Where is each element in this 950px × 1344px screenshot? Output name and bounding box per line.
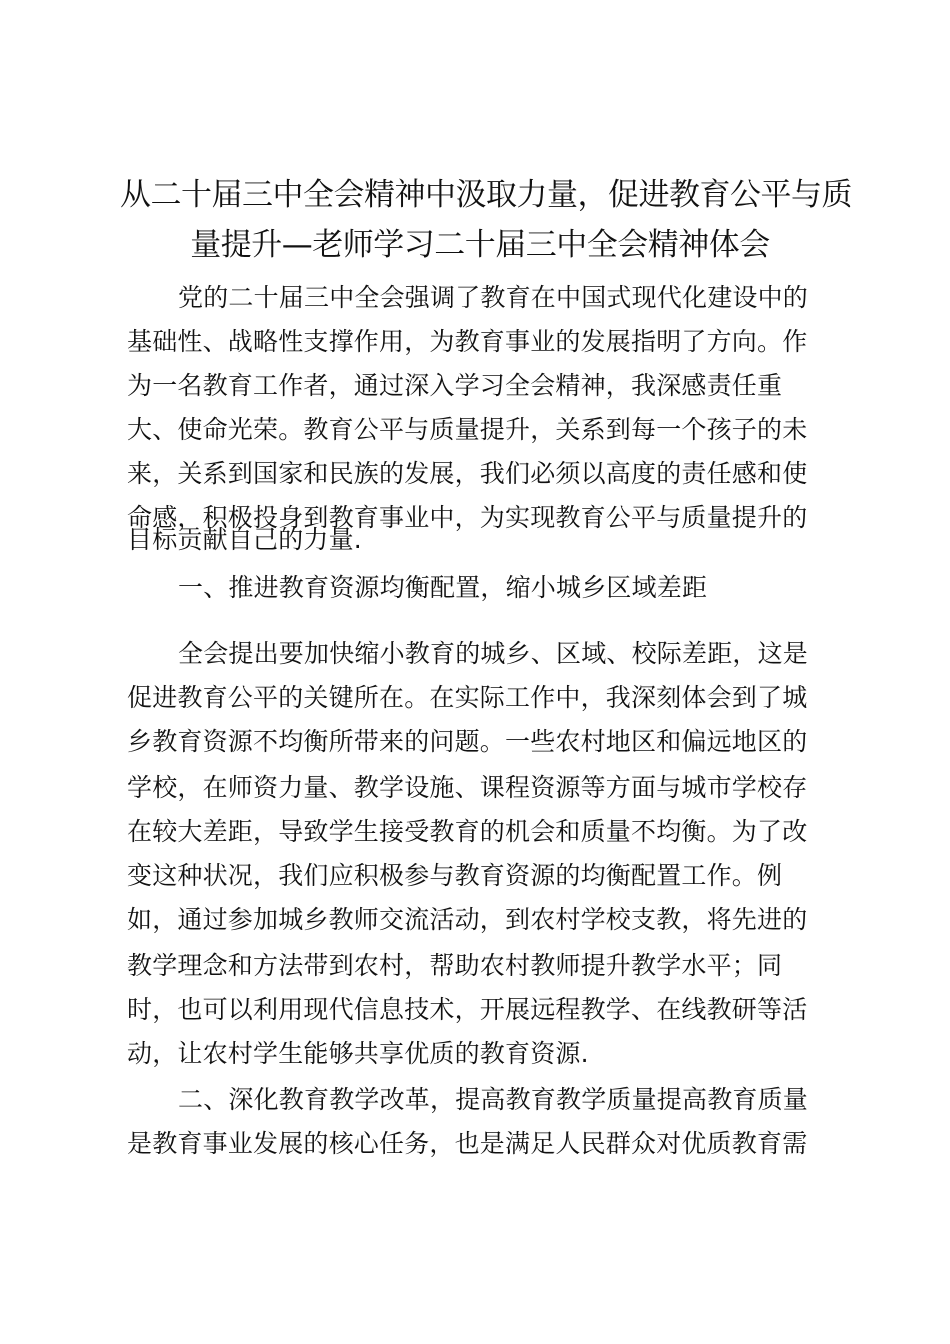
paragraph-2-line: 时，也可以利用现代信息技术，开展远程教学、在线教研等活 bbox=[127, 988, 807, 1032]
paragraph-1-line: 为一名教育工作者，通过深入学习全会精神，我深感责任重 bbox=[127, 364, 782, 408]
paragraph-2-line: 促进教育公平的关键所在。在实际工作中，我深刻体会到了城 bbox=[127, 676, 807, 720]
section-heading-2-continued: 是教育事业发展的核心任务，也是满足人民群众对优质教育需 bbox=[127, 1122, 807, 1166]
document-title-line-1: 从二十届三中全会精神中汲取力量，促进教育公平与质 bbox=[120, 170, 840, 220]
paragraph-1-line: 基础性、战略性支撑作用，为教育事业的发展指明了方向。作 bbox=[127, 320, 807, 364]
paragraph-1-line: 来，关系到国家和民族的发展，我们必须以高度的责任感和使 bbox=[127, 452, 807, 496]
paragraph-1-line: 党的二十届三中全会强调了教育在中国式现代化建设中的 bbox=[178, 276, 808, 320]
paragraph-2-line: 教学理念和方法带到农村，帮助农村教师提升教学水平；同 bbox=[127, 944, 782, 988]
paragraph-2-line: 在较大差距，导致学生接受教育的机会和质量不均衡。为了改 bbox=[127, 810, 807, 854]
section-heading-1: 一、推进教育资源均衡配置，缩小城乡区域差距 bbox=[178, 566, 707, 610]
paragraph-1-line: 目标贡献自己的力量. bbox=[127, 518, 362, 562]
paragraph-2-line: 学校，在师资力量、教学设施、课程资源等方面与城市学校存 bbox=[127, 766, 807, 810]
paragraph-2-line: 乡教育资源不均衡所带来的问题。一些农村地区和偏远地区的 bbox=[127, 720, 807, 764]
paragraph-2-line: 全会提出要加快缩小教育的城乡、区域、校际差距，这是 bbox=[178, 632, 808, 676]
paragraph-2-line: 动，让农村学生能够共享优质的教育资源. bbox=[127, 1032, 589, 1076]
paragraph-1-line: 大、使命光荣。教育公平与质量提升，关系到每一个孩子的未 bbox=[127, 408, 807, 452]
document-page: 从二十届三中全会精神中汲取力量，促进教育公平与质 量提升—老师学习二十届三中全会… bbox=[0, 0, 950, 1344]
paragraph-2-line: 如，通过参加城乡教师交流活动，到农村学校支教，将先进的 bbox=[127, 898, 807, 942]
section-heading-2: 二、深化教育教学改革，提高教育教学质量提高教育质量 bbox=[178, 1078, 808, 1122]
paragraph-2-line: 变这种状况，我们应积极参与教育资源的均衡配置工作。例 bbox=[127, 854, 782, 898]
document-title-line-2: 量提升—老师学习二十届三中全会精神体会 bbox=[120, 220, 840, 270]
